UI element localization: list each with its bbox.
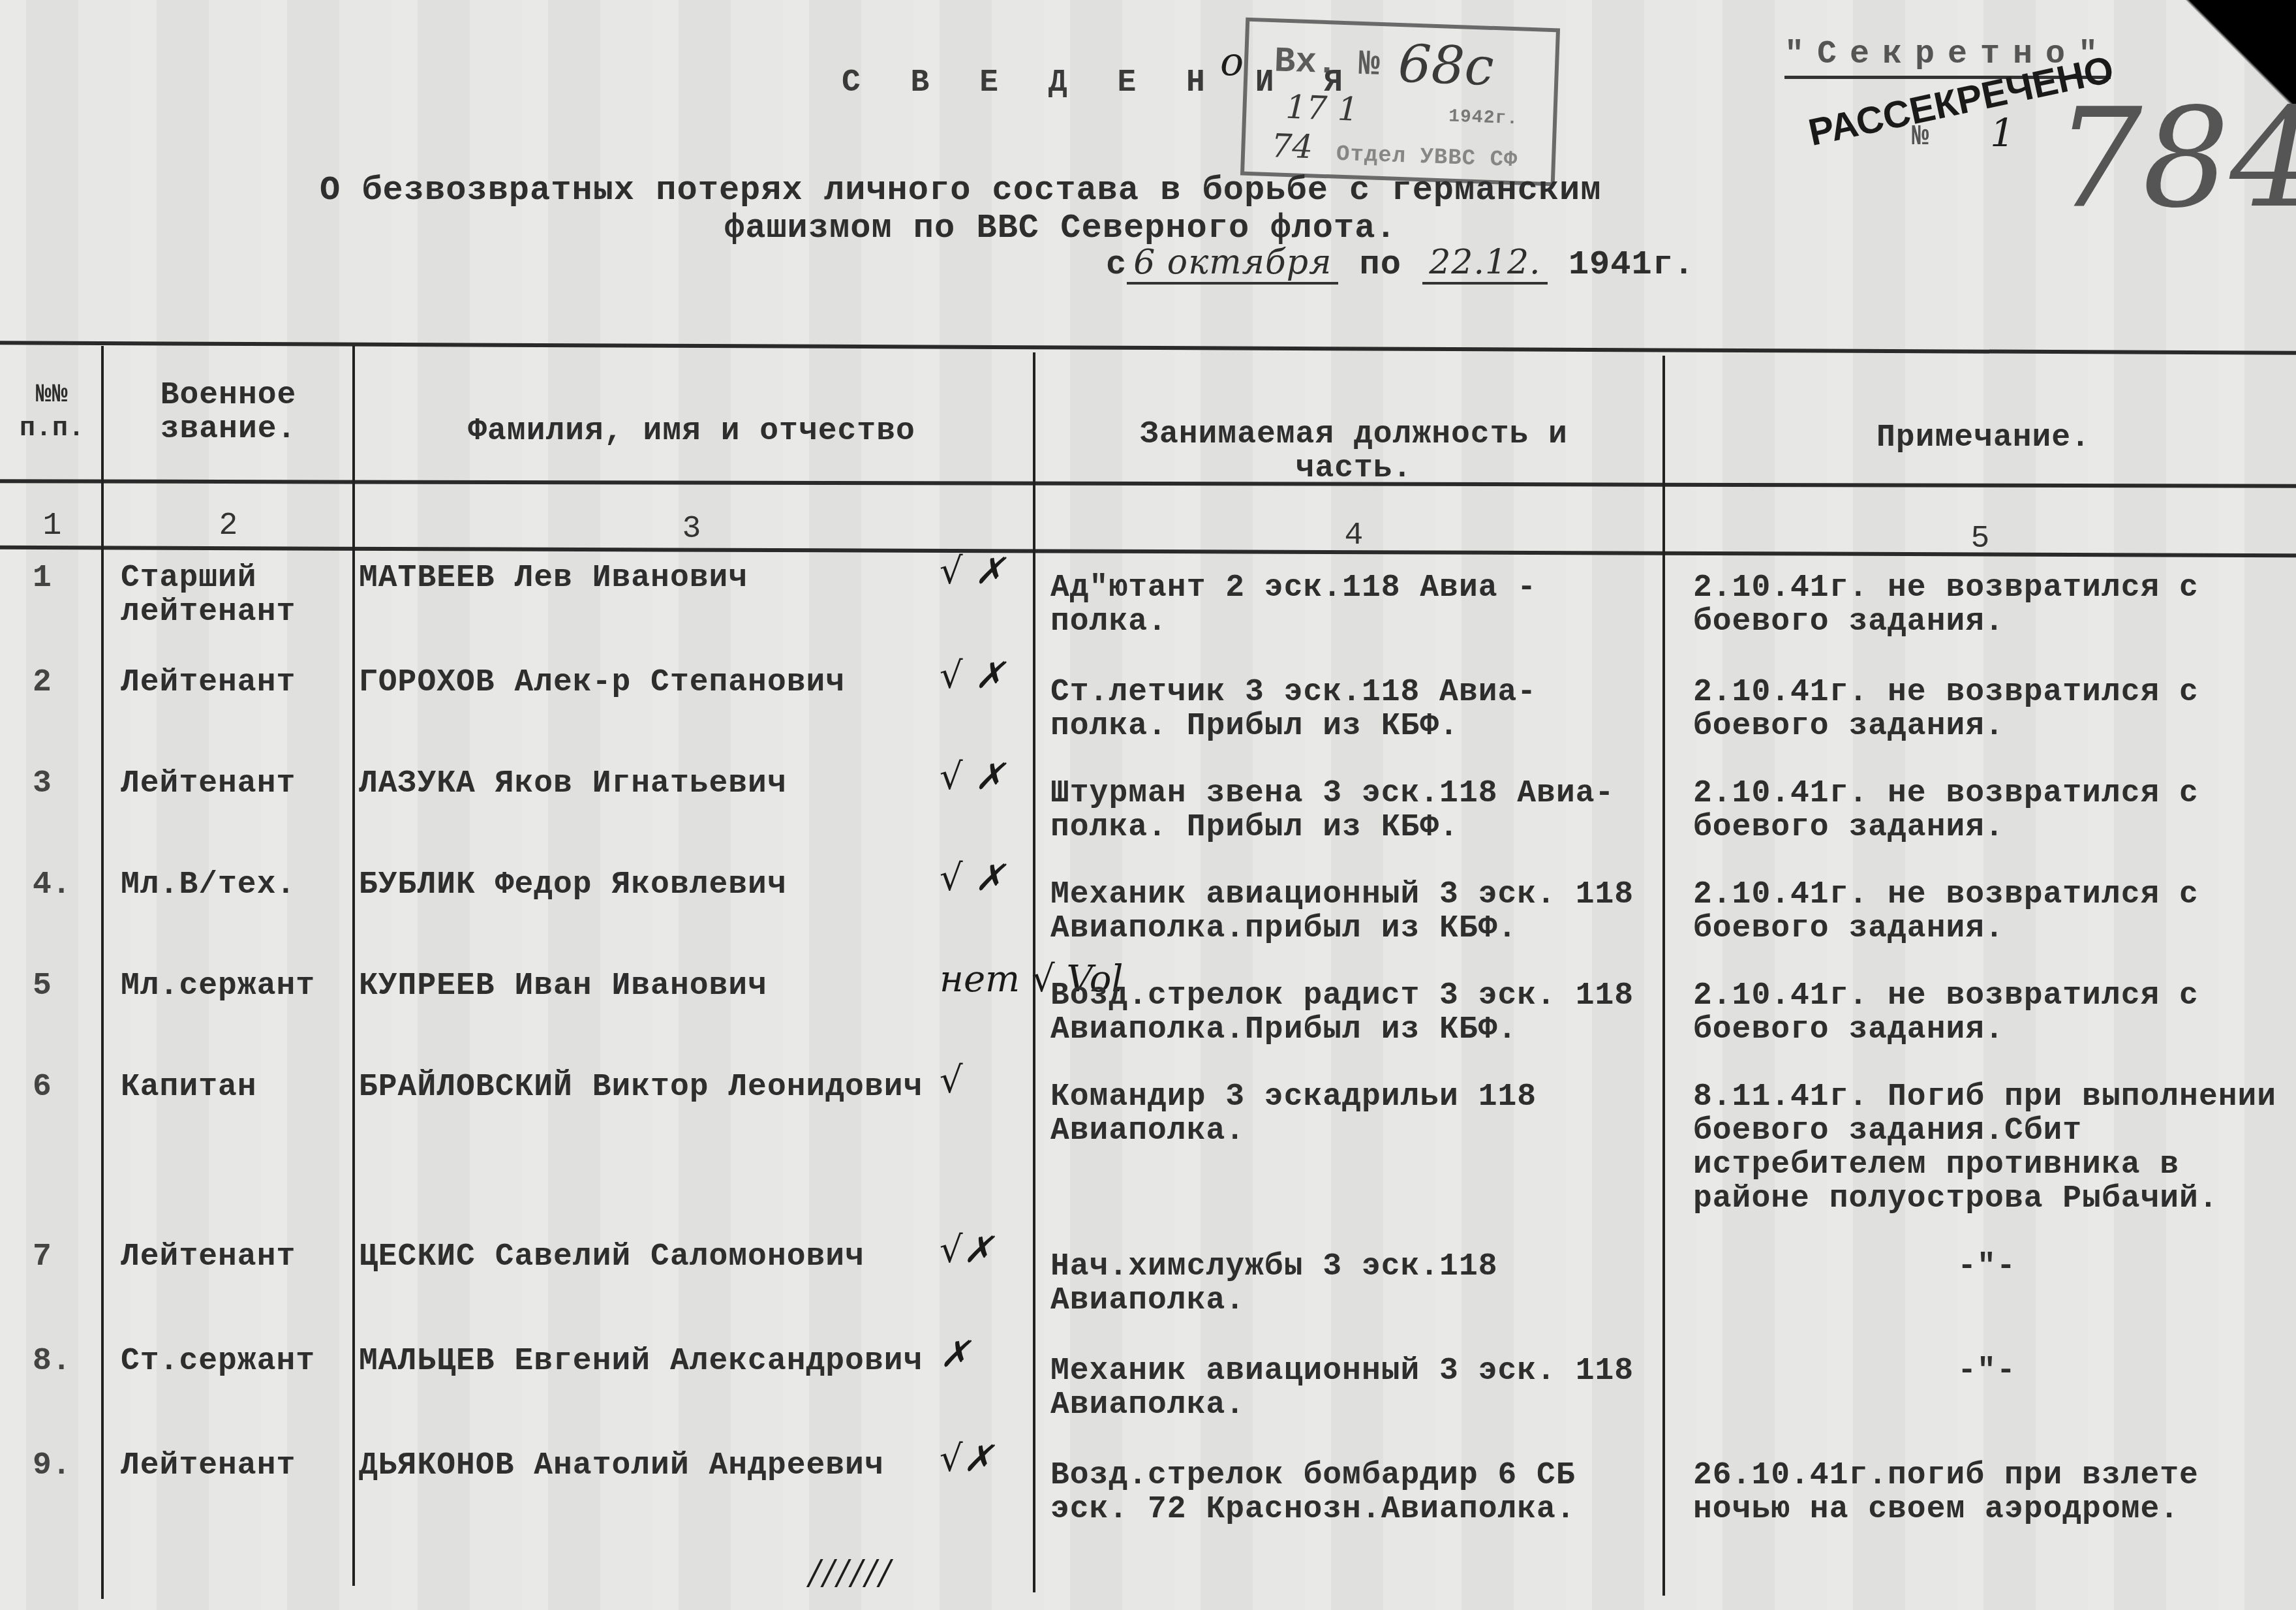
classification-number: 1 [1990,111,2015,157]
row-note: 2.10.41г. не возвратился с боевого задан… [1693,675,2280,743]
row-full-name: ЦЕСКИС Савелий Саломонович [359,1240,933,1274]
stamp-year: 1942г. [1448,107,1519,130]
row-note: 8.11.41г. Погиб при выполнении боевого з… [1693,1080,2280,1216]
row-position: Командир 3 эскадрильи 118 Авиаполка. [1050,1080,1657,1148]
period-from: 6 октября [1127,243,1338,285]
losses-table: №№ п.п. Военное звание. Фамилия, имя и о… [0,346,2296,1610]
header-number: №№ п.п. [7,379,98,446]
row-check-marks: √ ✗ [940,555,1031,589]
stamp-date: 17 1 [1285,88,1359,129]
row-check-marks: √ ✗ [940,861,1031,895]
row-position: Механик авиационный 3 эск. 118 Авиаполка… [1050,878,1657,946]
table-top-rule [0,341,2296,354]
header-full-name: Фамилия, имя и отчество [365,414,1018,448]
reporting-period: с6 октября по 22.12. 1941г. [1106,243,1694,285]
column-number-4: 4 [1044,519,1664,553]
stamp-handwritten-number: 74 [1271,127,1314,166]
header-rank: Военное звание. [117,379,339,446]
row-number: 5 [33,969,98,1003]
document-subtitle-line2: фашизмом по ВВС Северного флота. [724,209,1397,247]
row-position: Штурман звена 3 эск.118 Авиа- полка. При… [1050,777,1657,844]
row-check-marks: √ ✗ [940,760,1031,794]
column-number-2: 2 [117,509,339,543]
row-position: Возд.стрелок бомбардир 6 СБ эск. 72 Крас… [1050,1459,1657,1526]
row-full-name: МАТВЕЕВ Лев Иванович [359,561,933,595]
row-full-name: МАЛЬЦЕВ Евгений Александрович [359,1344,933,1378]
row-rank: Старший лейтенант [121,561,349,629]
row-check-marks: √✗ [940,1442,1031,1476]
sheet-number: 784 [2055,78,2296,238]
row-full-name: ГОРОХОВ Алек-р Степанович [359,666,933,700]
column-number-5: 5 [1670,522,2290,556]
row-check-marks: ✗ [940,1338,1031,1372]
row-check-marks: √ ✗ [940,659,1031,693]
row-full-name: БУБЛИК Федор Яковлевич [359,868,933,902]
row-rank: Лейтенант [121,666,349,700]
row-note: -"- [1693,1354,2280,1388]
row-rank: Ст.сержант [121,1344,349,1378]
period-suffix: 1941г. [1569,245,1694,284]
row-position: Возд.стрелок радист 3 эск. 118 Авиаполка… [1050,979,1657,1047]
row-note: 2.10.41г. не возвратился с боевого задан… [1693,878,2280,946]
row-note: 2.10.41г. не возвратился с боевого задан… [1693,777,2280,844]
row-note: -"- [1693,1250,2280,1284]
period-to: 22.12. [1422,243,1547,285]
row-number: 2 [33,666,98,700]
row-rank: Лейтенант [121,1449,349,1483]
row-number: 4. [33,868,98,902]
stamp-number: 68с [1397,33,1495,97]
header-note: Примечание. [1696,421,2271,455]
stamp-label: Вх. № [1274,42,1381,85]
row-full-name: БРАЙЛОВСКИЙ Виктор Леонидович [359,1070,933,1104]
column-number-3: 3 [365,512,1018,546]
row-number: 8. [33,1344,98,1378]
row-number: 7 [33,1240,98,1274]
row-position: Ад"ютант 2 эск.118 Авиа - полка. [1050,571,1657,639]
period-middle: по [1360,245,1401,284]
row-check-marks: √ [940,1064,1031,1098]
row-number: 6 [33,1070,98,1104]
row-note: 2.10.41г. не возвратился с боевого задан… [1693,979,2280,1047]
column-number-1: 1 [13,509,91,543]
tally-marks: ////// [809,1553,893,1592]
row-rank: Лейтенант [121,1240,349,1274]
row-full-name: ЛАЗУКА Яков Игнатьевич [359,767,933,801]
row-rank: Мл.В/тех. [121,868,349,902]
row-full-name: КУПРЕЕВ Иван Иванович [359,969,933,1003]
row-number: 1 [33,561,98,595]
stamp-department: Отдел УВВС СФ [1336,142,1518,174]
row-number: 3 [33,767,98,801]
row-check-marks: √✗ [940,1233,1031,1267]
row-number: 9. [33,1449,98,1483]
row-note: 2.10.41г. не возвратился с боевого задан… [1693,571,2280,639]
row-rank: Мл.сержант [121,969,349,1003]
row-rank: Лейтенант [121,767,349,801]
stamp-prefix-mark: о [1220,39,1244,85]
row-full-name: ДЬЯКОНОВ Анатолий Андреевич [359,1449,933,1483]
col-divider-1 [101,346,104,1599]
row-position: Ст.летчик 3 эск.118 Авиа- полка. Прибыл … [1050,675,1657,743]
row-position: Нач.химслужбы 3 эск.118 Авиаполка. [1050,1250,1657,1318]
header-position: Занимаемая должность и часть. [1077,418,1631,486]
col-divider-2 [352,346,355,1586]
document-subtitle-line1: О безвозвратных потерях личного состава … [320,171,1602,209]
row-check-marks: нет √ Vol [940,963,1031,997]
row-rank: Капитан [121,1070,349,1104]
row-position: Механик авиационный 3 эск. 118 Авиаполка… [1050,1354,1657,1422]
period-prefix: с [1106,245,1127,284]
row-note: 26.10.41г.погиб при взлете ночью на свое… [1693,1459,2280,1526]
incoming-registration-stamp: Вх. № 68с 17 1 1942г. 74 Отдел УВВС СФ [1240,18,1560,187]
